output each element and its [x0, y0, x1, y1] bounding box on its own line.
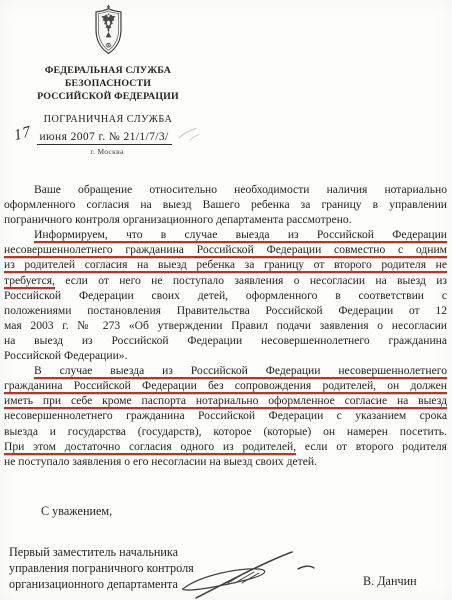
- body-text: если от второго родителя: [296, 440, 447, 453]
- body-line: мая 2003 г. № 273 «Об утверждении Правил…: [4, 318, 447, 333]
- body-text: Ваше обращение относительно необходимост…: [34, 183, 447, 196]
- letter-page: ФЕДЕРАЛЬНАЯ СЛУЖБА БЕЗОПАСНОСТИ РОССИЙСК…: [0, 0, 452, 600]
- agency-name: ФЕДЕРАЛЬНАЯ СЛУЖБА БЕЗОПАСНОСТИ РОССИЙСК…: [2, 64, 214, 103]
- body-line: оформленного согласия на выезд Вашего ре…: [4, 197, 447, 212]
- body-line: несовершеннолетнего гражданина Российско…: [4, 408, 447, 423]
- body-text: на выезд из Российской Федерации несовер…: [4, 334, 447, 347]
- body-line: из родителей согласия на выезд ребенка з…: [4, 257, 447, 272]
- body-line: пограничного контроля организационного д…: [4, 212, 447, 227]
- signer-position-line: Первый заместитель начальника: [9, 545, 194, 561]
- red-underlined-text: из родителей согласия на выезд ребенка з…: [4, 258, 447, 271]
- city-label: г. Москва: [40, 147, 174, 156]
- body-line: выезда и государства (государств), котор…: [4, 424, 447, 439]
- body-line: Ваше обращение относительно необходимост…: [4, 182, 447, 197]
- body-text: не поступало заявления о его несогласии …: [4, 455, 317, 468]
- red-underlined-text: иметь при себе кроме паспорта нотариальн…: [4, 394, 447, 407]
- body-line: Российской Федерации своих детей, оформл…: [4, 288, 447, 303]
- dateline: 17июня 2007 г. № 21/1/7/3/ г. Москва: [14, 127, 174, 156]
- letterhead: ФЕДЕРАЛЬНАЯ СЛУЖБА БЕЗОПАСНОСТИ РОССИЙСК…: [2, 3, 214, 125]
- agency-name-line2: РОССИЙСКОЙ ФЕДЕРАЦИИ: [2, 90, 214, 103]
- date-and-number: июня 2007 г. № 21/1/7/3/: [37, 131, 172, 145]
- body-text: Российской Федерации».: [4, 349, 127, 362]
- body-text: мая 2003 г. № 273 «Об утверждении Правил…: [4, 319, 447, 332]
- body-text: если от него не поступало заявления о не…: [55, 274, 447, 287]
- red-underlined-text: гражданина Российской Федерации без сопр…: [4, 379, 447, 392]
- body-line: Российской Федерации».: [4, 348, 447, 363]
- body-line: При этом достаточно согласия одного из р…: [4, 439, 447, 454]
- body-line: не поступало заявления о его несогласии …: [4, 454, 447, 469]
- body-text: пограничного контроля организационного д…: [4, 213, 352, 226]
- body-text: положениями постановления Правительства …: [4, 304, 447, 317]
- body-line: на выезд из Российской Федерации несовер…: [4, 333, 447, 348]
- body-line: требуется, если от него не поступало зая…: [4, 273, 447, 288]
- red-underlined-text: требуется,: [4, 274, 55, 287]
- red-underlined-text: В случае выезда из Российской Федерации …: [34, 364, 447, 377]
- red-underlined-text: несовершеннолетнего гражданина Российско…: [4, 243, 447, 256]
- pencil-mark: [176, 125, 202, 145]
- letter-body: Ваше обращение относительно необходимост…: [4, 182, 447, 469]
- agency-name-line1: ФЕДЕРАЛЬНАЯ СЛУЖБА БЕЗОПАСНОСТИ: [2, 64, 214, 90]
- body-line: положениями постановления Правительства …: [4, 303, 447, 318]
- signer-position-line: управления пограничного контроля: [9, 561, 194, 577]
- body-line: Информируем, что в случае выезда из Росс…: [4, 227, 447, 242]
- body-text: Российской Федерации своих детей, оформл…: [4, 289, 447, 302]
- closing-salutation: С уважением,: [41, 504, 112, 519]
- body-line: гражданина Российской Федерации без сопр…: [4, 378, 447, 393]
- body-text: оформленного согласия на выезд Вашего ре…: [4, 198, 447, 211]
- signer-position: Первый заместитель начальника управления…: [9, 545, 194, 592]
- service-name: ПОГРАНИЧНАЯ СЛУЖБА: [2, 114, 214, 125]
- red-underlined-text: Информируем, что в случае выезда из Росс…: [34, 228, 447, 241]
- body-text: выезда и государства (государств), котор…: [4, 425, 447, 438]
- fsb-emblem-icon: [90, 3, 127, 56]
- body-line: В случае выезда из Российской Федерации …: [4, 363, 447, 378]
- signature-scribble: [180, 548, 320, 600]
- handwritten-day: 17: [13, 123, 33, 146]
- signer-position-line: организационного департамента: [9, 577, 194, 593]
- red-underlined-text: При этом достаточно согласия одного из р…: [4, 440, 296, 453]
- body-line: несовершеннолетнего гражданина Российско…: [4, 242, 447, 257]
- body-text: несовершеннолетнего гражданина Российско…: [4, 409, 447, 422]
- signer-name: В. Данчин: [363, 574, 417, 589]
- body-line: иметь при себе кроме паспорта нотариальн…: [4, 393, 447, 408]
